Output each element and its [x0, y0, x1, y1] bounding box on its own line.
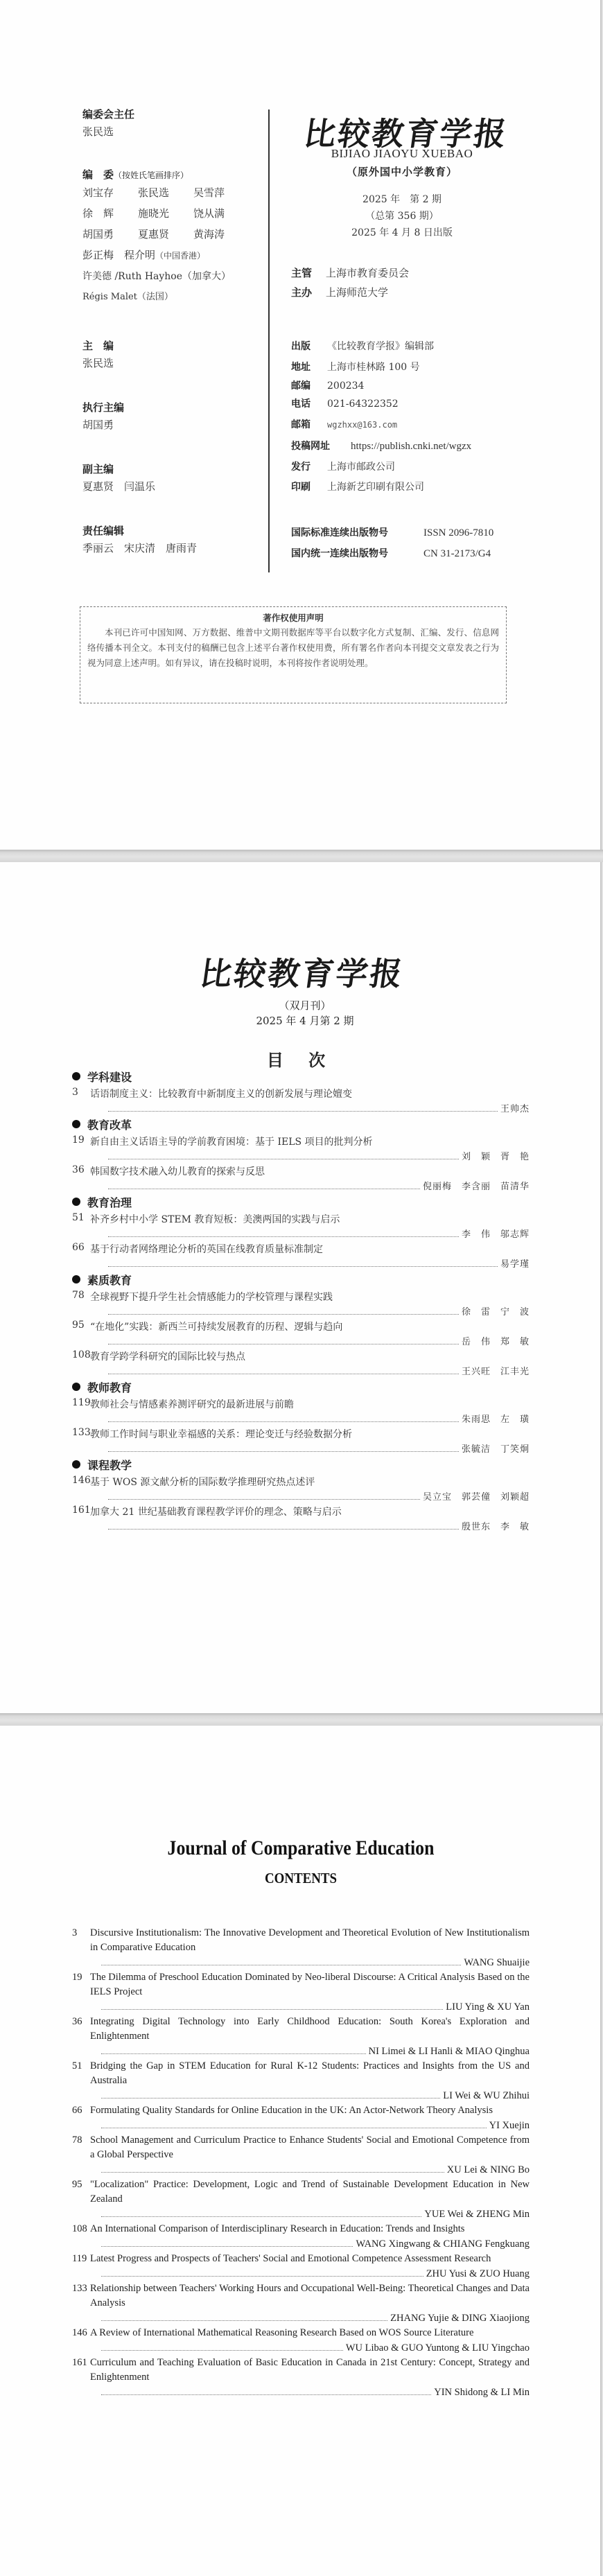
toc-section: 课程教学 [72, 1455, 530, 1473]
deputy-editor-label: 副主编 [82, 462, 155, 476]
info-row-postcode: 邮编200234 [291, 378, 364, 392]
toc-article[interactable]: 119教师社会与情感素养测评研究的最新进展与前瞻朱雨思 左 璜 [72, 1396, 530, 1426]
cn-row: 国内统一连续出版物号CN 31-2173/G4 [291, 546, 491, 560]
info-row-distributor: 发行上海市邮政公司 [291, 459, 395, 473]
toc-article[interactable]: 95“在地化”实践：新西兰可持续发展教育的历程、逻辑与趋向岳 伟 郑 敏 [72, 1318, 530, 1348]
board-members-row: 许美德 /Ruth Hayhoe（加拿大） [82, 266, 277, 287]
publication-frequency: （双月刊） [201, 998, 409, 1013]
executive-editor-name: 胡国勇 [82, 414, 124, 435]
toc-article[interactable]: 66基于行动者网络理论分析的英国在线教育质量标准制定易学瑾 [72, 1241, 530, 1270]
toc-article[interactable]: 19The Dilemma of Preschool Education Dom… [72, 1970, 530, 2015]
board-members-note: （按姓氏笔画排序） [114, 170, 189, 180]
info-row-submission-url: 投稿网址https://publish.cnki.net/wgzx [291, 439, 471, 453]
toc-article[interactable]: 108教育学跨学科研究的国际比较与热点王兴旺 江丰光 [72, 1348, 530, 1378]
deputy-editor-names: 夏惠贤 闫温乐 [82, 476, 155, 497]
toc-article[interactable]: 78全球视野下提升学生社会情感能力的学校管理与课程实践徐 雷 宁 波 [72, 1288, 530, 1318]
toc-article[interactable]: 51补齐乡村中小学 STEM 教育短板：美澳两国的实践与启示李 伟 邬志辉 [72, 1211, 530, 1241]
toc-article[interactable]: 36韩国数字技术融入幼儿教育的探索与反思倪丽梅 李含丽 苗清华 [72, 1163, 530, 1193]
page-gap [0, 1713, 603, 1726]
toc-article[interactable]: 95"Localization" Practice: Development, … [72, 2178, 530, 2222]
bullet-icon [72, 1072, 80, 1080]
toc-article[interactable]: 108An International Comparison of Interd… [72, 2222, 530, 2252]
issue-number: 2025 年 第 2 期 [305, 191, 499, 208]
responsible-editor-names: 季丽云 宋庆清 唐雨青 [82, 538, 197, 559]
chinese-toc-page: 比较教育学报 （双月刊） 2025 年 4 月第 2 期 目 次 学科建设 3话… [0, 862, 602, 1713]
toc-article[interactable]: 51Bridging the Gap in STEM Education for… [72, 2059, 530, 2103]
journal-logo: 比较教育学报 [302, 109, 509, 147]
toc-article[interactable]: 133教师工作时间与职业幸福感的关系：理论变迁与经验数据分析张毓洁 丁笑炯 [72, 1426, 530, 1455]
info-row-printer: 印刷上海新艺印刷有限公司 [291, 480, 424, 493]
issue-date: 2025 年 4 月第 2 期 [201, 1013, 409, 1028]
supervisor-row: 主管上海市教育委员会 [291, 265, 409, 280]
toc-section: 素质教育 [72, 1270, 530, 1288]
board-members-row: 彭正梅 程介明（中国香港） [82, 245, 277, 266]
board-members-label: 编 委（按姓氏笔画排序） [82, 168, 277, 182]
toc-article[interactable]: 78School Management and Curriculum Pract… [72, 2133, 530, 2178]
bullet-icon [72, 1460, 80, 1469]
issue-info: 2025 年 第 2 期 （总第 356 期） 2025 年 4 月 8 日出版 [305, 191, 499, 241]
toc-article[interactable]: 146A Review of International Mathematica… [72, 2326, 530, 2356]
info-row-email: 邮箱wgzhxx@163.com [291, 417, 397, 431]
toc-section: 教育改革 [72, 1115, 530, 1133]
toc-article[interactable]: 146基于 WOS 源文献分析的国际数学推理研究热点述评吴立宝 郭芸僮 刘颖超 [72, 1473, 530, 1503]
toc-article[interactable]: 133Relationship between Teachers' Workin… [72, 2281, 530, 2326]
editor-in-chief-label: 主 编 [82, 339, 114, 353]
issn-row: 国际标准连续出版物号ISSN 2096-7810 [291, 525, 493, 539]
toc-article[interactable]: 19新自由主义话语主导的学前教育困境：基于 IELS 项目的批判分析刘 颖 胥 … [72, 1133, 530, 1163]
toc-section: 学科建设 [72, 1067, 530, 1085]
journal-pinyin: BIJIAO JIAOYU XUEBAO [305, 147, 499, 161]
contents-heading: CONTENTS [30, 1870, 571, 1887]
toc-article[interactable]: 3Discursive Institutionalism: The Innova… [72, 1926, 530, 1970]
copyright-title: 著作权使用声明 [87, 611, 499, 625]
copyright-notice: 著作权使用声明 本刊已许可中国知网、万方数据、维普中文期刊数据库等平台以数字化方… [80, 606, 507, 703]
journal-logo: 比较教育学报 [198, 949, 412, 987]
toc-section: 教育治理 [72, 1193, 530, 1211]
editor-in-chief-name: 张民选 [82, 353, 114, 374]
toc-list: 学科建设 3话语制度主义：比较教育中新制度主义的创新发展与理论嬗变王帅杰 教育改… [72, 1067, 530, 1533]
toc-article[interactable]: 36Integrating Digital Technology into Ea… [72, 2015, 530, 2059]
board-members-row: 胡国勇夏惠贤黄海涛 [82, 224, 277, 245]
toc-article[interactable]: 161加拿大 21 世纪基础教育课程教学评价的理念、策略与启示殷世东 李 敏 [72, 1503, 530, 1533]
host-row: 主办上海师范大学 [291, 285, 388, 299]
copyright-body: 本刊已许可中国知网、万方数据、维普中文期刊数据库等平台以数字化方式复制、汇编、发… [87, 625, 499, 671]
executive-editor-label: 执行主编 [82, 401, 124, 414]
toc-article[interactable]: 66Formulating Quality Standards for Onli… [72, 2103, 530, 2133]
info-row-address: 地址上海市桂林路 100 号 [291, 360, 420, 374]
bullet-icon [72, 1383, 80, 1391]
journal-former-name: （原外国中小学教育） [305, 164, 499, 179]
english-toc-page: Journal of Comparative Education CONTENT… [0, 1726, 602, 2576]
toc-article[interactable]: 119Latest Progress and Prospects of Teac… [72, 2252, 530, 2281]
toc-article[interactable]: 161Curriculum and Teaching Evaluation of… [72, 2356, 530, 2400]
info-row-phone: 电话021-64322352 [291, 396, 399, 410]
english-toc-list: 3Discursive Institutionalism: The Innova… [72, 1926, 530, 2400]
board-members-row: Régis Malet（法国） [82, 287, 277, 308]
toc-article[interactable]: 3话语制度主义：比较教育中新制度主义的创新发展与理论嬗变王帅杰 [72, 1085, 530, 1115]
board-members-row: 徐 辉施晓光饶从满 [82, 203, 277, 224]
issue-info: （双月刊） 2025 年 4 月第 2 期 [201, 998, 409, 1028]
total-issue: （总第 356 期） [305, 208, 499, 225]
bullet-icon [72, 1120, 80, 1128]
board-chair-label: 编委会主任 [82, 107, 134, 121]
bullet-icon [72, 1275, 80, 1283]
board-chair-name: 张民选 [82, 121, 134, 142]
publish-date: 2025 年 4 月 8 日出版 [305, 225, 499, 241]
responsible-editor-label: 责任编辑 [82, 524, 197, 538]
colophon-page: 编委会主任 张民选 编 委（按姓氏笔画排序） 刘宝存张民选吴雪萍 徐 辉施晓光饶… [0, 0, 602, 850]
board-members-row: 刘宝存张民选吴雪萍 [82, 182, 277, 203]
journal-english-title: Journal of Comparative Education [42, 1837, 559, 1860]
bullet-icon [72, 1198, 80, 1206]
toc-section: 教师教育 [72, 1378, 530, 1396]
page-gap [0, 850, 603, 862]
info-row-publisher: 出版《比较教育学报》编辑部 [291, 339, 434, 353]
column-divider [268, 109, 270, 572]
